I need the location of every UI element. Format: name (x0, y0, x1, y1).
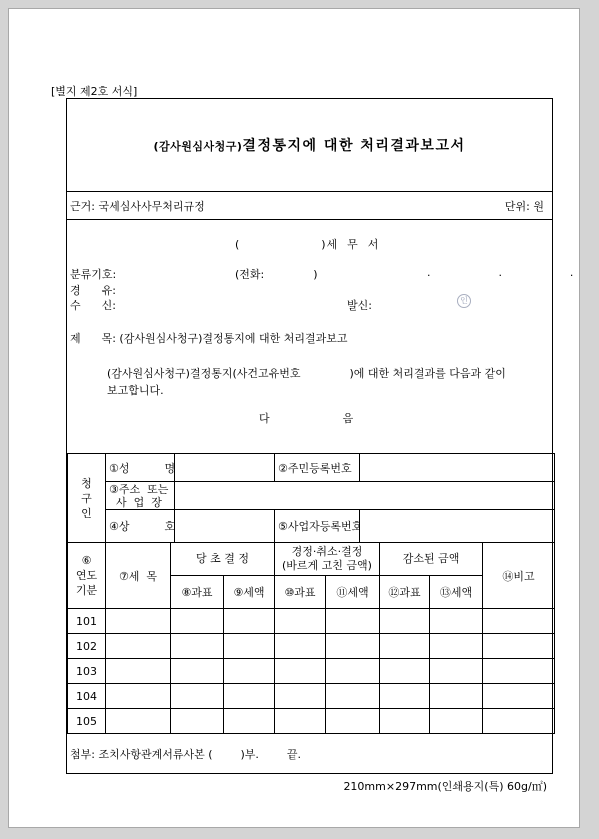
table-row: ③주소 또는 사 업 장 (68, 482, 555, 510)
subject-line: 제 목: (감사원심사청구)결정통지에 대한 처리결과보고 (70, 330, 348, 346)
applicant-table: 청 구 인 ①성 명 ②주민등록번호 ③주소 또는 사 업 장 ④상 호 ⑤사업… (67, 453, 555, 543)
table-row: 101 (68, 609, 555, 634)
resident-no-label: ②주민등록번호 (275, 454, 360, 482)
original-decision-group-header: 당 초 결 정 (171, 543, 275, 576)
year-column-header: ⑥ 연도 기분 (68, 543, 106, 609)
row-code: 104 (68, 684, 106, 709)
basis-row: 근거: 국세심사사무처리규정 단위: 원 (67, 192, 552, 220)
seal-icon: 인 (457, 294, 471, 308)
remarks-column-header: ⑭비고 (483, 543, 555, 609)
trade-name-label: ④상 호 (106, 510, 175, 543)
tax-office-line: ( )세 무 서 (235, 236, 379, 252)
classification-code-label: 분류기호: (70, 266, 116, 282)
table-row: 청 구 인 ①성 명 ②주민등록번호 (68, 454, 555, 482)
form-title-prefix: (감사원심사청구) (153, 138, 242, 154)
reduced-amount-group-header: 감소된 금액 (380, 543, 483, 576)
corrected-tax-header: ⑪세액 (326, 576, 380, 609)
title-section: (감사원심사청구)결정통지에 대한 처리결과보고서 (67, 99, 552, 192)
recipient-label: 수 신: (70, 297, 116, 313)
letter-header-section: ( )세 무 서 분류기호: (전화: ) . . . 경 유: 수 신: 발신… (67, 220, 552, 454)
row-code: 102 (68, 634, 106, 659)
table-row: 102 (68, 634, 555, 659)
row-code: 105 (68, 709, 106, 734)
trade-name-value-cell (175, 510, 275, 543)
applicant-group-label: 청 구 인 (68, 454, 106, 543)
original-tax-header: ⑨세액 (224, 576, 275, 609)
reduced-base-header: ⑫과표 (380, 576, 430, 609)
body-text-line2: 보고합니다. (107, 382, 164, 398)
table-row: 104 (68, 684, 555, 709)
daum-divider-text: 다 음 (259, 410, 354, 426)
unit-label: 단위: 원 (505, 198, 544, 214)
form-number-label: [별지 제2호 서식] (51, 83, 137, 99)
corrected-base-header: ⑩과표 (275, 576, 326, 609)
attachment-text: 첨부: 조치사항관계서류사본 ( )부. 끝. (70, 746, 301, 762)
legal-basis-text: 근거: 국세심사사무처리규정 (70, 198, 205, 214)
original-base-header: ⑧과표 (171, 576, 224, 609)
phone-field: (전화: ) (235, 266, 318, 282)
paper-size-footnote: 210mm×297mm(인쇄용지(특) 60g/㎡) (66, 778, 553, 794)
resident-no-value-cell (360, 454, 555, 482)
body-text-line1: (감사원심사청구)결정통지(사건고유번호 )에 대한 처리결과를 다음과 같이 (107, 365, 506, 381)
reduced-tax-header: ⑬세액 (430, 576, 483, 609)
table-row: 103 (68, 659, 555, 684)
via-label: 경 유: (70, 282, 116, 298)
name-value-cell (175, 454, 275, 482)
business-no-value-cell (360, 510, 555, 543)
document-page: [별지 제2호 서식] (감사원심사청구)결정통지에 대한 처리결과보고서 근거… (8, 8, 580, 828)
row-code: 103 (68, 659, 106, 684)
form-title: (감사원심사청구)결정통지에 대한 처리결과보고서 (153, 135, 465, 155)
business-no-label: ⑤사업자등록번호 (275, 510, 360, 543)
tax-item-column-header: ⑦세 목 (106, 543, 171, 609)
table-header-row: ⑥ 연도 기분 ⑦세 목 당 초 결 정 경정·취소·결정 (바르게 고친 금액… (68, 543, 555, 576)
date-dots: . . . (427, 266, 575, 279)
attachment-row: 첨부: 조치사항관계서류사본 ( )부. 끝. (67, 733, 552, 773)
table-row: ④상 호 ⑤사업자등록번호 (68, 510, 555, 543)
name-label: ①성 명 (106, 454, 175, 482)
form-outer-box: (감사원심사청구)결정통지에 대한 처리결과보고서 근거: 국세심사사무처리규정… (66, 98, 553, 774)
sender-label: 발신: (347, 297, 372, 313)
row-code: 101 (68, 609, 106, 634)
address-value-cell (175, 482, 555, 510)
form-title-main: 결정통지에 대한 처리결과보고서 (242, 135, 465, 155)
desktop-background: { "page": { "form_label": "[별지 제2호 서식]",… (0, 0, 599, 839)
address-label: ③주소 또는 사 업 장 (106, 482, 175, 510)
corrected-decision-group-header: 경정·취소·결정 (바르게 고친 금액) (275, 543, 380, 576)
table-row: 105 (68, 709, 555, 734)
amounts-table: ⑥ 연도 기분 ⑦세 목 당 초 결 정 경정·취소·결정 (바르게 고친 금액… (67, 542, 555, 734)
